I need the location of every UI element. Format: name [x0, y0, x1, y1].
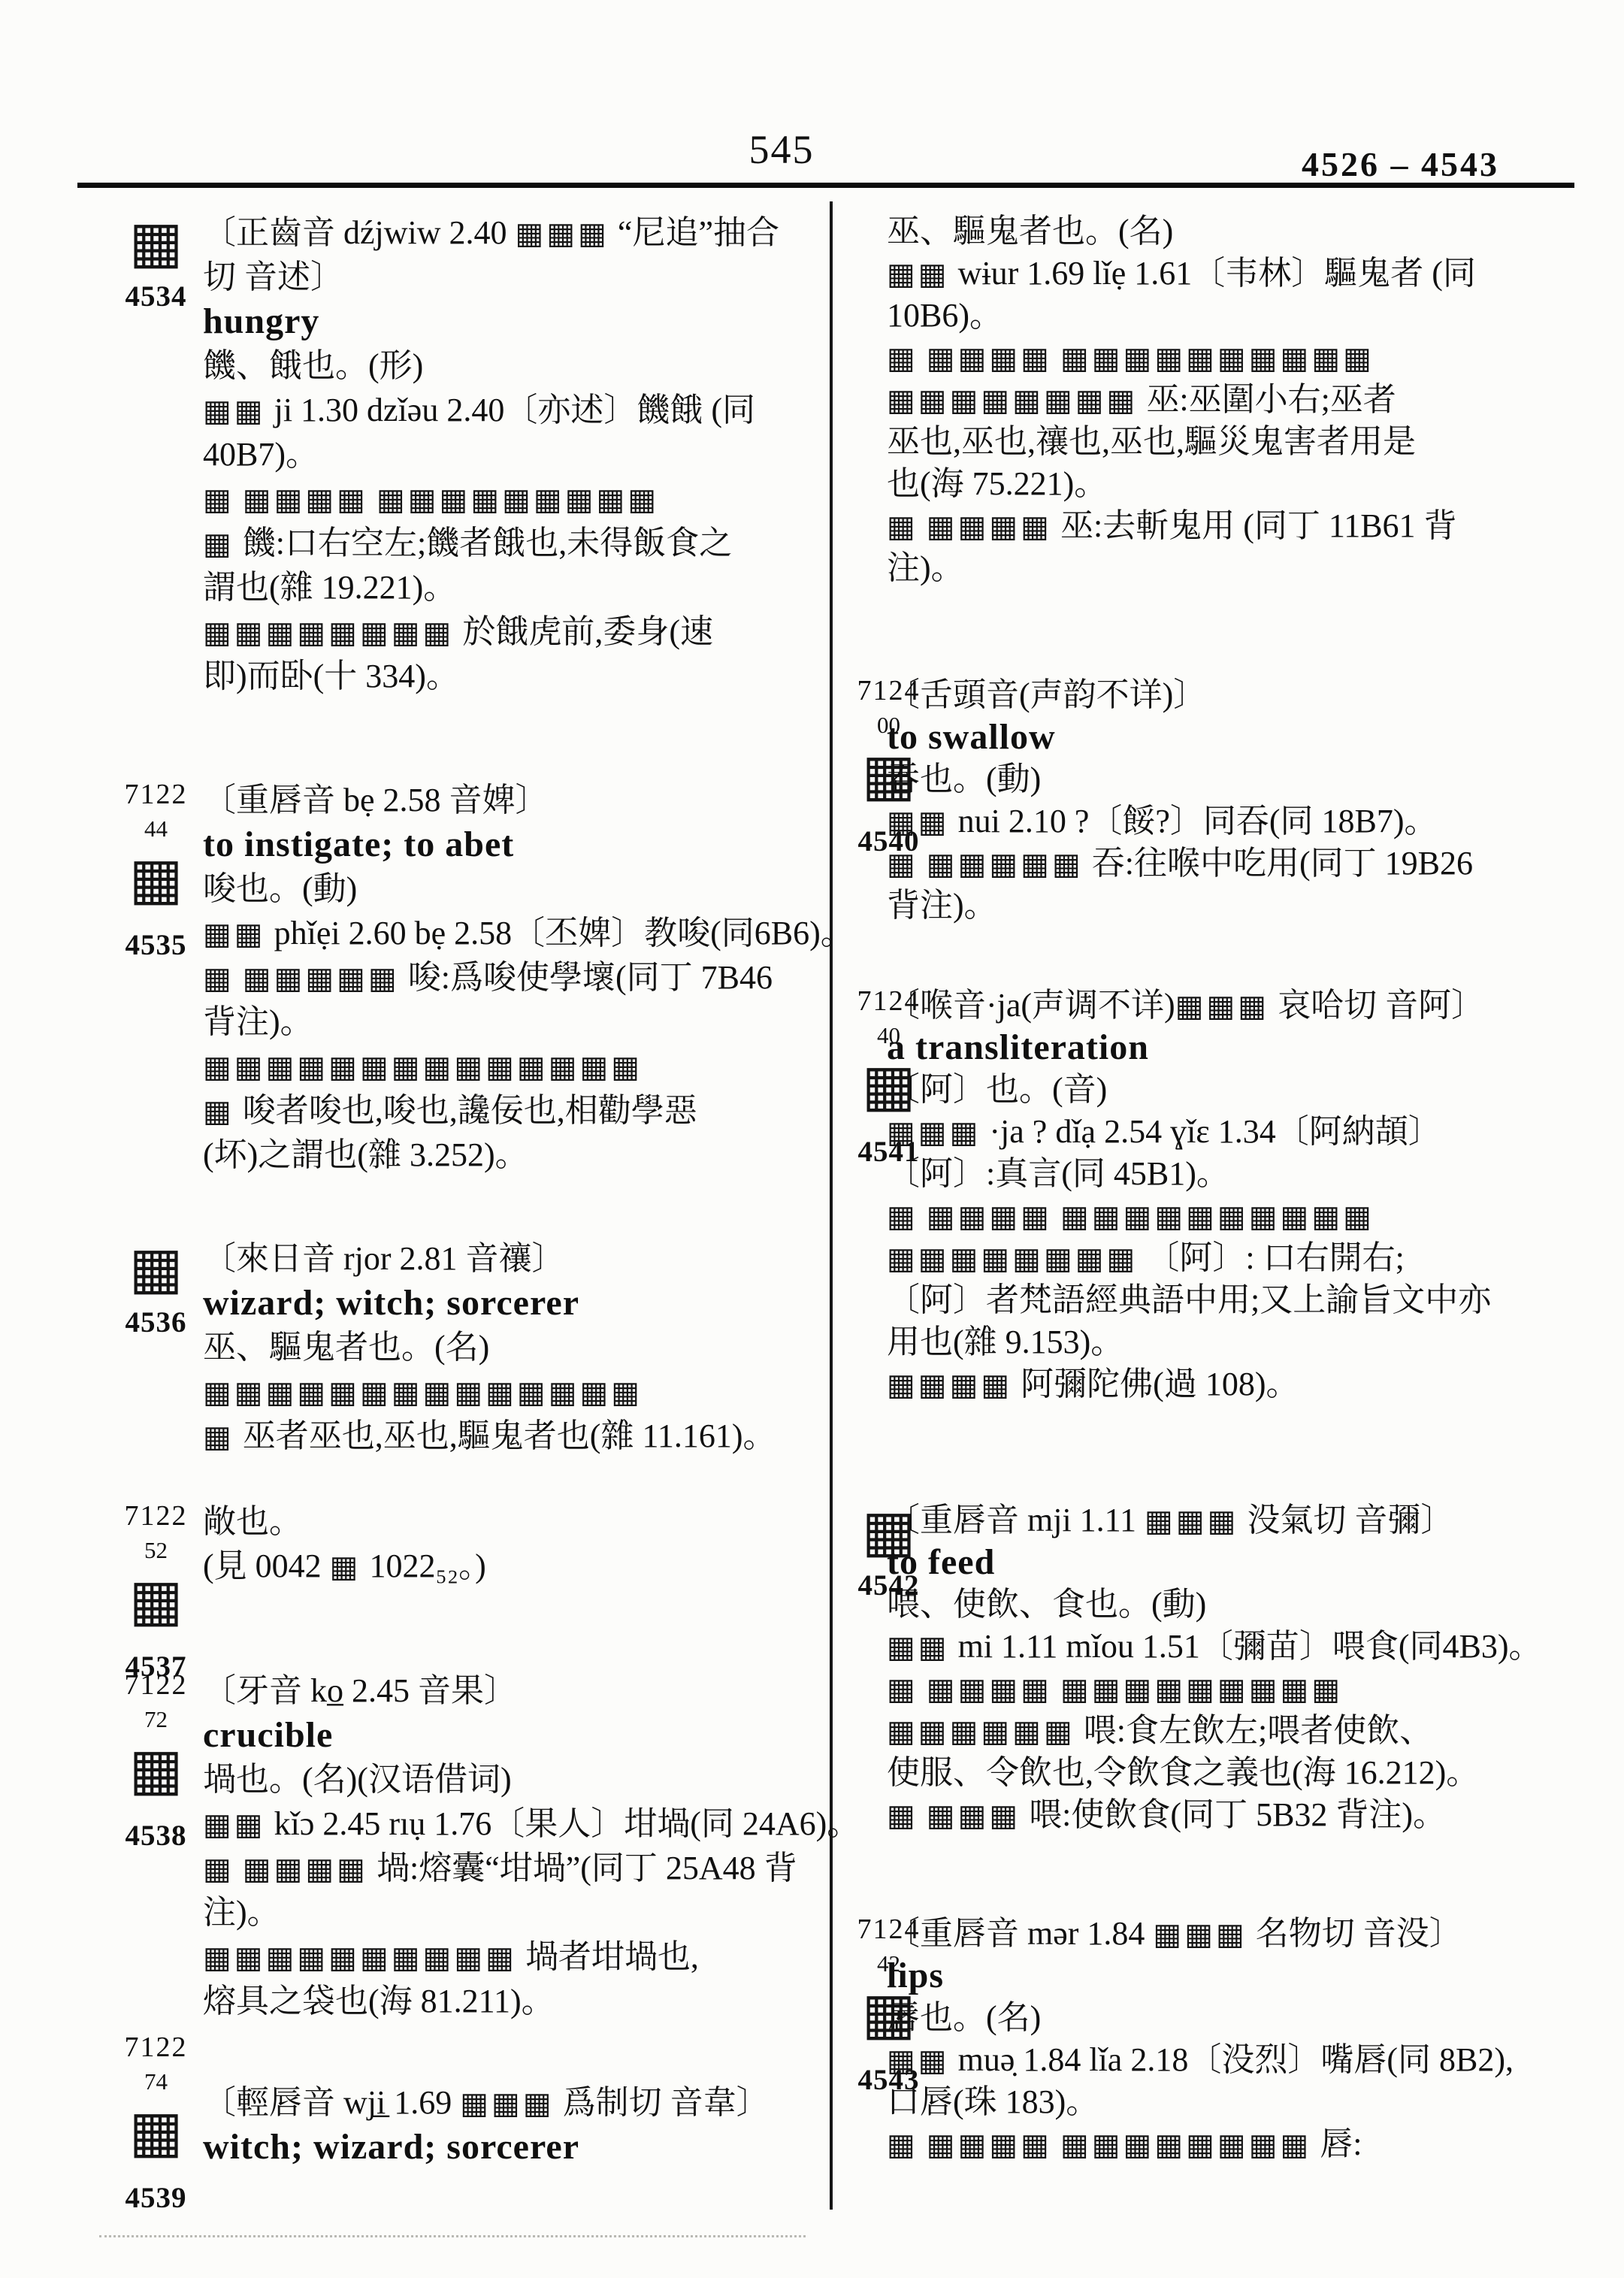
tangut-glyph-run: ▦▦: [887, 805, 950, 840]
entry-line: 口唇(珠 183)。: [887, 2081, 1608, 2123]
column-divider: [830, 201, 833, 2210]
entry-line: ▦▦▦ ·ja ? dǐạ 2.54 ɣǐɛ 1.34〔阿納頡〕: [887, 1111, 1608, 1153]
tangut-glyph-run: ▦▦▦: [1175, 989, 1269, 1024]
tangut-glyph-run: ▦▦▦▦▦▦▦▦▦▦: [1060, 1200, 1375, 1234]
scan-artifact-line: [99, 2235, 806, 2237]
entry-line: 即)而卧(十 334)。: [203, 654, 804, 698]
entry-line: ▦▦ wɨur 1.69 lǐẹ 1.61〔韦林〕驅鬼者 (同: [887, 253, 1608, 295]
tangut-glyph-run: ▦▦▦▦▦▦▦▦▦: [1060, 1672, 1343, 1707]
tangut-glyph-run: ▦▦: [887, 2044, 950, 2078]
tangut-glyph-run: ▦▦▦: [927, 1799, 1021, 1833]
entry-line: 唆也。(動): [203, 867, 804, 911]
tangut-glyph-run: ▦: [203, 483, 234, 517]
entry-line: 〔阿〕也。(音): [887, 1069, 1608, 1111]
entry-line: 〔重唇音 mji 1.11 ▦▦▦ 没氣切 音彌〕: [887, 1499, 1608, 1541]
tangut-glyph-run: ▦▦▦▦▦: [927, 847, 1084, 882]
tangut-glyph-run: ▦▦▦▦▦▦▦▦: [203, 616, 454, 650]
entry-text: 〔來日音 rjor 2.81 音禳〕wizard; witch; sorcere…: [203, 1236, 804, 1458]
entry-line: ▦▦▦▦▦▦▦▦▦▦ 堝者坩堝也,: [203, 1935, 804, 1979]
tangut-glyph-run: ▦: [887, 847, 918, 882]
tangut-headword-glyph: ▦: [105, 1236, 207, 1299]
entry-line: 用也(雜 9.153)。: [887, 1321, 1608, 1363]
entry-text: 敞也。(見 0042 ▦ 1022₅₂。): [203, 1499, 804, 1588]
tangut-glyph-run: ▦▦▦▦: [927, 341, 1052, 376]
entry-number: 4538: [105, 1819, 207, 1853]
tangut-glyph-run: ▦▦▦▦▦▦▦▦▦: [377, 483, 659, 517]
entry-line: (見 0042 ▦ 1022₅₂。): [203, 1544, 804, 1588]
tangut-glyph-run: ▦▦▦▦▦▦▦▦: [887, 383, 1138, 418]
entry-line: 吞也。(動): [887, 758, 1608, 800]
tangut-glyph-run: ▦▦: [887, 257, 950, 292]
entry-code-number: 7122: [105, 2031, 207, 2064]
tangut-glyph-run: ▦: [203, 1420, 234, 1454]
entry-line: ▦ ▦▦▦▦ ▦▦▦▦▦▦▦▦▦▦: [887, 337, 1608, 379]
tangut-glyph-run: ▦: [203, 1094, 234, 1129]
tangut-glyph-run: ▦▦▦▦▦▦▦▦▦▦: [203, 1941, 517, 1975]
entry-line: ▦ 巫者巫也,巫也,驅鬼者也(雜 11.161)。: [203, 1414, 804, 1458]
dictionary-page: 545 4526 – 4543 ▦4534〔正齒音 dźjwiw 2.40 ▦▦…: [0, 0, 1624, 2278]
entry-line: 〔舌頭音(声韵不详)〕: [887, 674, 1608, 716]
entry-line: ▦▦ nui 2.10 ?〔餒?〕同吞(同 18B7)。: [887, 800, 1608, 843]
entry-line: ▦▦▦▦▦▦▦▦▦▦▦▦▦▦: [203, 1369, 804, 1414]
entry-line: 〔重唇音 bẹ 2.58 音婢〕: [203, 778, 804, 822]
entry-line: 唇也。(名): [887, 1997, 1608, 2039]
entry-text: 〔重唇音 bẹ 2.58 音婢〕to instigate; to abet唆也。…: [203, 778, 804, 1177]
entry-text: 〔正齒音 dźjwiw 2.40 ▦▦▦ “尼追”抽合切 音述〕hungry饑、…: [203, 210, 804, 698]
entry-line: 〔喉音·ja(声调不详)▦▦▦ 哀哈切 音阿〕: [887, 985, 1608, 1027]
tangut-glyph-run: ▦: [887, 341, 918, 376]
entry-line: ▦ 饑:口右空左;饑者餓也,未得飯食之: [203, 521, 804, 565]
tangut-glyph-run: ▦▦▦▦▦▦▦▦▦▦: [1060, 341, 1375, 376]
entry-line: ▦ ▦▦▦▦ ▦▦▦▦▦▦▦▦▦▦: [887, 1195, 1608, 1237]
english-gloss: to instigate; to abet: [203, 822, 804, 867]
tangut-glyph-run: ▦: [887, 1672, 918, 1707]
entry-line: ▦ ▦▦▦▦ ▦▦▦▦▦▦▦▦ 唇:: [887, 2123, 1608, 2165]
tangut-glyph-run: ▦: [203, 527, 234, 561]
entry-line: 巫、驅鬼者也。(名): [203, 1325, 804, 1369]
entry-code-number: 7122: [105, 1668, 207, 1702]
entry-line: ▦▦▦▦▦▦▦▦▦▦▦▦▦▦: [203, 1044, 804, 1088]
entry-code-sub: 74: [105, 2068, 207, 2095]
entry-text: 〔重唇音 mji 1.11 ▦▦▦ 没氣切 音彌〕to feed喂、使飲、食也。…: [887, 1499, 1608, 1836]
entry-line: 〔牙音 ko̲ 2.45 音果〕: [203, 1668, 804, 1713]
entry-line: ▦ 唆者唆也,唆也,讒佞也,相勸學惡: [203, 1088, 804, 1133]
entry-code-sub: 52: [105, 1537, 207, 1564]
entry-text: 〔牙音 ko̲ 2.45 音果〕crucible堝也。(名)(汉语借词)▦▦ k…: [203, 1668, 804, 2023]
right-column: 巫、驅鬼者也。(名)▦▦ wɨur 1.69 lǐẹ 1.61〔韦林〕驅鬼者 (…: [836, 0, 1618, 2278]
entry-line: 巫、驅鬼者也。(名): [887, 210, 1608, 253]
tangut-glyph-run: ▦▦▦: [516, 216, 609, 251]
tangut-glyph-run: ▦▦▦▦▦▦▦▦: [887, 1242, 1138, 1276]
entry-line: 也(海 75.221)。: [887, 463, 1608, 505]
tangut-glyph-run: ▦▦: [203, 917, 266, 951]
tangut-glyph-run: ▦▦▦▦: [927, 1200, 1052, 1234]
entry-line: 10B6)。: [887, 295, 1608, 337]
english-gloss: lips: [887, 1955, 1608, 1997]
tangut-glyph-run: ▦: [203, 961, 234, 996]
tangut-glyph-run: ▦▦▦▦▦▦▦▦▦▦▦▦▦▦: [203, 1375, 643, 1410]
entry-line: 熔具之袋也(海 81.211)。: [203, 1979, 804, 2023]
entry-line: ▦▦▦▦▦▦▦▦ 〔阿〕: 口右開右;: [887, 1237, 1608, 1279]
entry-line: ▦ ▦▦▦▦ 堝:熔囊“坩堝”(同丁 25A48 背: [203, 1846, 804, 1890]
entry-code-sub: 72: [105, 1706, 207, 1733]
tangut-glyph-run: ▦▦▦: [887, 1115, 981, 1150]
entry-line: ▦▦▦▦▦▦ 喂:食左飲左;喂者使飲、: [887, 1710, 1608, 1752]
entry-line: ▦▦▦▦ 阿彌陀佛(過 108)。: [887, 1363, 1608, 1405]
entry-number: 4539: [105, 2181, 207, 2215]
entry-line: ▦▦ muə̣ 1.84 lǐa 2.18〔没烈〕嘴唇(同 8B2),: [887, 2039, 1608, 2081]
entry-line: 堝也。(名)(汉语借词): [203, 1757, 804, 1802]
entry-line: 饑、餓也。(形): [203, 343, 804, 388]
tangut-headword-glyph: ▦: [105, 210, 207, 274]
entry-line: 注)。: [203, 1890, 804, 1935]
entry-line: ▦▦▦▦▦▦▦▦ 巫:巫圍小右;巫者: [887, 379, 1608, 421]
english-gloss: to feed: [887, 1541, 1608, 1584]
tangut-glyph-run: ▦▦: [203, 1808, 266, 1842]
entry-code-sub: 44: [105, 815, 207, 843]
tangut-headword-glyph: ▦: [105, 1569, 207, 1632]
entry-line: 注)。: [887, 547, 1608, 589]
tangut-glyph-run: ▦▦▦: [1145, 1504, 1238, 1538]
entry-text: 巫、驅鬼者也。(名)▦▦ wɨur 1.69 lǐẹ 1.61〔韦林〕驅鬼者 (…: [887, 210, 1608, 589]
entry-line: 〔正齒音 dźjwiw 2.40 ▦▦▦ “尼追”抽合: [203, 210, 804, 255]
left-column: ▦4534〔正齒音 dźjwiw 2.40 ▦▦▦ “尼追”抽合切 音述〕hun…: [75, 0, 827, 2278]
tangut-headword-glyph: ▦: [105, 2100, 207, 2163]
tangut-glyph-run: ▦▦▦▦▦▦▦▦▦▦▦▦▦▦: [203, 1050, 643, 1085]
tangut-glyph-run: ▦▦: [887, 1630, 950, 1665]
tangut-glyph-run: ▦▦▦▦: [887, 1368, 1012, 1402]
tangut-glyph-run: ▦: [887, 1799, 918, 1833]
entry-line: ▦ ▦▦▦▦▦ 唆:爲唆使學壞(同丁 7B46: [203, 955, 804, 1000]
entry-line: 〔阿〕者梵語經典語中用;又上諭旨文中亦: [887, 1279, 1608, 1321]
entry-line: 切 音述〕: [203, 255, 804, 299]
english-gloss: witch; wizard; sorcerer: [203, 2125, 804, 2169]
entry-line: 使服、令飲也,令飲食之義也(海 16.212)。: [887, 1752, 1608, 1794]
tangut-glyph-run: ▦▦▦▦: [927, 1672, 1052, 1707]
tangut-glyph-run: ▦▦▦▦▦: [243, 961, 400, 996]
entry-line: 背注)。: [887, 885, 1608, 927]
tangut-glyph-run: ▦▦▦▦: [927, 510, 1052, 544]
entry-line: 背注)。: [203, 1000, 804, 1044]
tangut-glyph-run: ▦▦▦▦: [243, 483, 368, 517]
entry-line: 〔阿〕:真言(同 45B1)。: [887, 1153, 1608, 1195]
entry-number: 4536: [105, 1305, 207, 1339]
entry-text: 〔重唇音 mər 1.84 ▦▦▦ 名物切 音没〕lips唇也。(名)▦▦ mu…: [887, 1913, 1608, 2165]
english-gloss: a transliteration: [887, 1027, 1608, 1069]
tangut-glyph-run: ▦: [203, 1852, 234, 1886]
tangut-headword-glyph: ▦: [105, 1738, 207, 1801]
tangut-glyph-run: ▦▦▦: [460, 2086, 554, 2121]
english-gloss: wizard; witch; sorcerer: [203, 1281, 804, 1325]
entry-line: 喂、使飲、食也。(動): [887, 1584, 1608, 1626]
tangut-glyph-run: ▦: [887, 510, 918, 544]
tangut-glyph-run: ▦▦▦▦▦▦: [887, 1714, 1075, 1749]
tangut-glyph-run: ▦▦▦: [1153, 1917, 1247, 1952]
entry-line: ▦ ▦▦▦▦ ▦▦▦▦▦▦▦▦▦: [203, 476, 804, 521]
entry-line: ▦ ▦▦▦ 喂:使飲食(同丁 5B32 背注)。: [887, 1794, 1608, 1836]
entry-line: 〔來日音 rjor 2.81 音禳〕: [203, 1236, 804, 1281]
tangut-glyph-run: ▦: [887, 2128, 918, 2162]
tangut-glyph-run: ▦▦▦▦: [243, 1852, 368, 1886]
entry-line: (坏)之謂也(雜 3.252)。: [203, 1133, 804, 1177]
english-gloss: to swallow: [887, 716, 1608, 758]
entry-number: 4534: [105, 280, 207, 313]
english-gloss: crucible: [203, 1713, 804, 1757]
entry-line: ▦ ▦▦▦▦ ▦▦▦▦▦▦▦▦▦: [887, 1668, 1608, 1710]
entry-line: 〔重唇音 mər 1.84 ▦▦▦ 名物切 音没〕: [887, 1913, 1608, 1955]
entry-text: 〔舌頭音(声韵不详)〕to swallow吞也。(動)▦▦ nui 2.10 ?…: [887, 674, 1608, 927]
entry-line: ▦ ▦▦▦▦▦ 吞:往喉中吃用(同丁 19B26: [887, 843, 1608, 885]
tangut-glyph-run: ▦: [887, 1200, 918, 1234]
entry-line: 40B7)。: [203, 432, 804, 476]
tangut-glyph-run: ▦▦: [203, 394, 266, 428]
tangut-glyph-run: ▦: [330, 1550, 361, 1584]
entry-line: ▦▦▦▦▦▦▦▦ 於餓虎前,委身(速: [203, 610, 804, 654]
entry-code-number: 7122: [105, 1499, 207, 1532]
entry-line: ▦▦ mi 1.11 mǐou 1.51〔彌苗〕喂食(同4B3)。: [887, 1626, 1608, 1668]
tangut-glyph-run: ▦▦▦▦▦▦▦▦: [1060, 2128, 1311, 2162]
entry-line: 謂也(雜 19.221)。: [203, 565, 804, 610]
entry-text: 〔喉音·ja(声调不详)▦▦▦ 哀哈切 音阿〕a transliteration…: [887, 985, 1608, 1405]
entry-number: 4535: [105, 928, 207, 962]
entry-text: 〔輕唇音 wji̲ 1.69 ▦▦▦ 爲制切 音韋〕witch; wizard;…: [203, 2080, 804, 2169]
tangut-glyph-run: ▦▦▦▦: [927, 2128, 1052, 2162]
entry-line: 巫也,巫也,禳也,巫也,驅災鬼害者用是: [887, 421, 1608, 463]
entry-line: ▦▦ phǐẹi 2.60 bẹ 2.58〔丕婢〕教唆(同6B6)。: [203, 911, 804, 955]
entry-line: 〔輕唇音 wji̲ 1.69 ▦▦▦ 爲制切 音韋〕: [203, 2080, 804, 2125]
entry-line: ▦ ▦▦▦▦ 巫:去斬鬼用 (同丁 11B61 背: [887, 505, 1608, 547]
entry-code-number: 7122: [105, 778, 207, 811]
tangut-headword-glyph: ▦: [105, 847, 207, 910]
entry-line: ▦▦ kǐɔ 2.45 rıụ 1.76〔果人〕坩堝(同 24A6)。: [203, 1802, 804, 1846]
entry-line: ▦▦ ji 1.30 dzǐəu 2.40〔亦述〕饑餓 (同: [203, 388, 804, 432]
entry-line: 敞也。: [203, 1499, 804, 1544]
english-gloss: hungry: [203, 299, 804, 343]
